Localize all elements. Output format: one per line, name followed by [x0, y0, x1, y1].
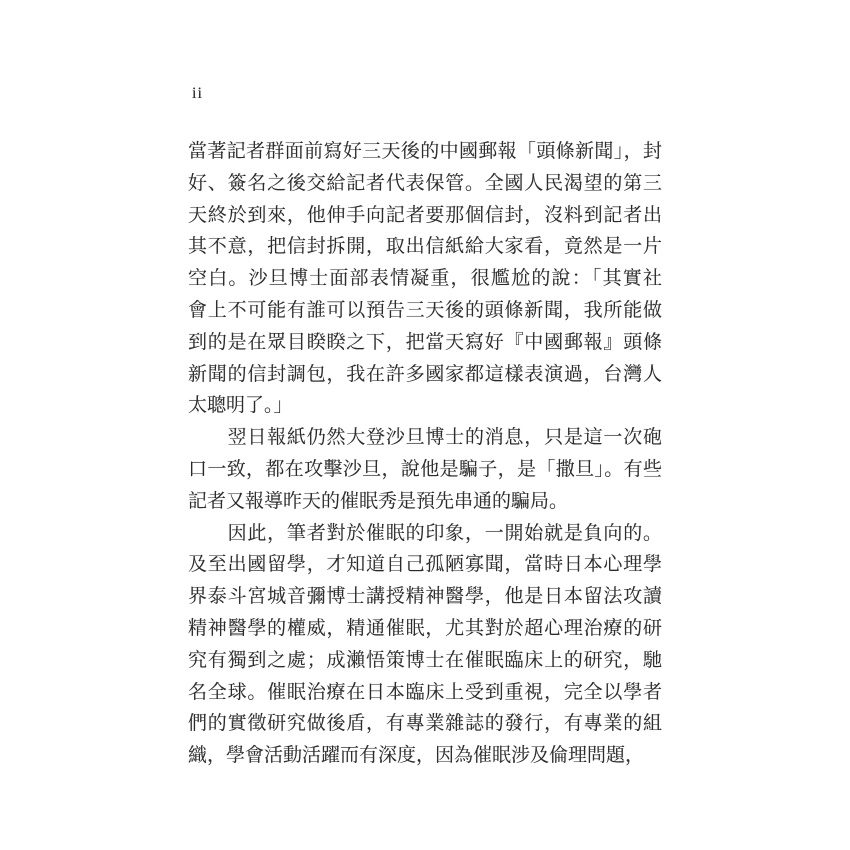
body-line: 界泰斗宮城音彌博士講授精神醫學，他是日本留法攻讀 — [188, 581, 662, 613]
page-number: ii — [192, 84, 203, 104]
body-line: 及至出國留學，才知道自己孤陋寡聞，當時日本心理學 — [188, 549, 662, 581]
body-line: 記者又報導昨天的催眠秀是預先串通的騙局。 — [188, 486, 662, 518]
body-line: 到的是在眾目睽睽之下，把當天寫好『中國郵報』頭條 — [188, 327, 662, 359]
body-line: 口一致，都在攻擊沙旦，說他是騙子，是「撒旦」。有些 — [188, 454, 662, 486]
body-line: 翌日報紙仍然大登沙旦博士的消息，只是這一次砲 — [188, 422, 662, 454]
body-line: 會上不可能有誰可以預告三天後的頭條新聞，我所能做 — [188, 295, 662, 327]
body-line: 新聞的信封調包，我在許多國家都這樣表演過，台灣人 — [188, 359, 662, 391]
body-line: 因此，筆者對於催眠的印象，一開始就是負向的。 — [188, 518, 662, 550]
body-line: 當著記者群面前寫好三天後的中國郵報「頭條新聞」，封 — [188, 136, 662, 168]
body-line: 天終於到來，他伸手向記者要那個信封，沒料到記者出 — [188, 200, 662, 232]
body-line: 們的實徵研究做後盾，有專業雜誌的發行，有專業的組 — [188, 708, 662, 740]
body-line: 好、簽名之後交給記者代表保管。全國人民渴望的第三 — [188, 168, 662, 200]
body-line: 太聰明了。」 — [188, 390, 662, 422]
body-line: 名全球。催眠治療在日本臨床上受到重視，完全以學者 — [188, 677, 662, 709]
body-line: 空白。沙旦博士面部表情凝重，很尷尬的說：「其實社 — [188, 263, 662, 295]
body-line: 織，學會活動活躍而有深度，因為催眠涉及倫理問題， — [188, 740, 662, 772]
book-page: ii 當著記者群面前寫好三天後的中國郵報「頭條新聞」，封 好、簽名之後交給記者代… — [0, 0, 850, 850]
body-text: 當著記者群面前寫好三天後的中國郵報「頭條新聞」，封 好、簽名之後交給記者代表保管… — [188, 136, 662, 772]
body-line: 究有獨到之處；成瀨悟策博士在催眠臨床上的研究，馳 — [188, 645, 662, 677]
body-line: 精神醫學的權威，精通催眠，尤其對於超心理治療的研 — [188, 613, 662, 645]
body-line: 其不意，把信封拆開，取出信紙給大家看，竟然是一片 — [188, 231, 662, 263]
